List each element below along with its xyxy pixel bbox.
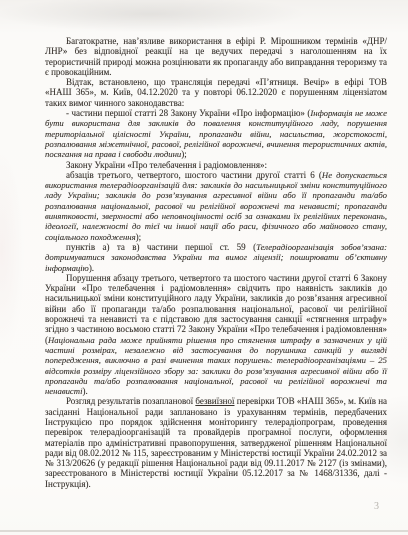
text-run: безвиїзної	[195, 396, 234, 406]
text-run: ).	[89, 263, 94, 273]
paragraph: - частини першої статті 28 Закону Україн…	[45, 108, 387, 159]
paragraph: Порушення абзацу третього, четвертого та…	[45, 273, 387, 397]
text-run: );	[136, 232, 142, 242]
paragraph: Розгляд результатів позапланової безвиїз…	[45, 396, 387, 489]
text-run: Національна рада може прийняти рішення п…	[45, 335, 387, 396]
paragraph: Закону України «Про телебачення і радіом…	[45, 160, 387, 170]
text-run: );	[181, 149, 187, 159]
text-run: Не допускається використання телерадіоор…	[45, 170, 387, 242]
text-run: Багатократне, нав’язливе використання в …	[45, 36, 387, 77]
paragraph: Багатократне, нав’язливе використання в …	[45, 36, 387, 77]
text-run: абзаців третього, четвертого, шостого ча…	[66, 170, 322, 180]
text-run: перевірки ТОВ «НАШ 365», м. Київ на засі…	[45, 396, 387, 488]
document-text: Багатократне, нав’язливе використання в …	[45, 36, 387, 489]
scanned-document-page: Багатократне, нав’язливе використання в …	[0, 0, 408, 535]
page-edge-shadow	[0, 530, 408, 532]
text-run: Закону України «Про телебачення і радіом…	[66, 160, 267, 170]
text-run: пунктів а) та в) частини першої ст. 59 (	[66, 242, 256, 252]
text-run: Відтак, встановлено, що трансляція перед…	[45, 77, 387, 108]
paragraph: абзаців третього, четвертого, шостого ча…	[45, 170, 387, 242]
paragraph: пунктів а) та в) частини першої ст. 59 (…	[45, 242, 387, 273]
text-run: ).	[82, 386, 87, 396]
text-run: Розгляд результатів позапланової	[66, 396, 195, 406]
paragraph: Відтак, встановлено, що трансляція перед…	[45, 77, 387, 108]
text-run: - частини першої статті 28 Закону Україн…	[66, 108, 310, 118]
page-number: 3	[374, 501, 379, 512]
